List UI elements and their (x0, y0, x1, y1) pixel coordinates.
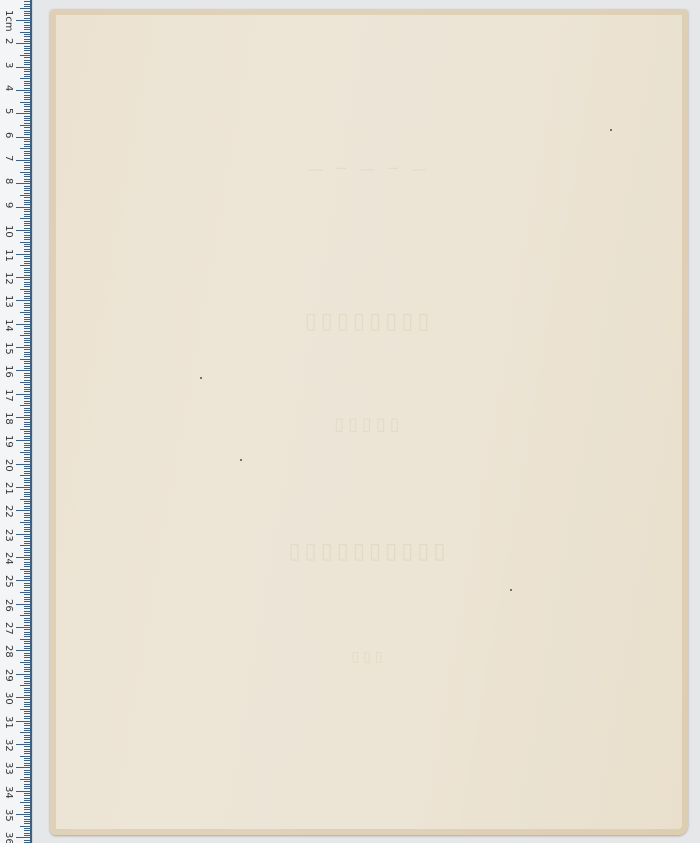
ruler-tick (24, 190, 30, 191)
ruler-tick (24, 158, 30, 159)
ruler-tick (24, 46, 30, 47)
ruler-tick (20, 359, 30, 360)
ruler-tick (24, 415, 30, 416)
ruler-label: 18 (3, 412, 14, 425)
ruler-label: 26 (3, 599, 14, 612)
paper-sheet: — ─ — ─ — ▯▯▯▯▯▯▯▯ ▯▯▯▯▯ ▯▯▯▯▯▯▯▯▯▯ ▯▯▯ (50, 9, 688, 835)
ruler-tick (24, 85, 30, 86)
ruler-tick (24, 34, 30, 35)
ruler-tick (24, 812, 30, 813)
ruler-tick (24, 555, 30, 556)
ruler-label: 2 (3, 38, 14, 44)
ruler-tick (24, 373, 30, 374)
ruler-tick (24, 197, 30, 198)
ruler-tick (20, 475, 30, 476)
ruler-tick (24, 99, 30, 100)
ruler-tick (24, 830, 30, 831)
ruler-tick (24, 368, 30, 369)
ruler-tick (24, 784, 30, 785)
ruler-tick (20, 125, 30, 126)
ruler-tick (16, 347, 30, 348)
ruler-tick (24, 566, 30, 567)
ruler-tick (24, 611, 30, 612)
ruler-tick (24, 11, 30, 12)
ruler-tick (24, 53, 30, 54)
ruler-tick (24, 426, 30, 427)
ruler-label: 9 (3, 202, 14, 208)
ruler-tick (24, 41, 30, 42)
ruler-tick (24, 618, 30, 619)
ruler-tick (16, 277, 30, 278)
ruler-tick (20, 148, 30, 149)
ruler-tick (24, 461, 30, 462)
ruler-tick (24, 50, 30, 51)
ruler-tick (24, 538, 30, 539)
ruler-tick (24, 718, 30, 719)
ruler-tick (24, 664, 30, 665)
ruler-tick (24, 284, 30, 285)
ruler-tick (24, 377, 30, 378)
ruler-tick (24, 314, 30, 315)
ruler-tick (24, 629, 30, 630)
ruler-tick (16, 767, 30, 768)
ruler-tick (24, 704, 30, 705)
ruler-tick (24, 181, 30, 182)
ruler-tick (24, 176, 30, 177)
ruler-tick (24, 419, 30, 420)
ruler-tick (24, 786, 30, 787)
ruler-tick (24, 228, 30, 229)
ruler-tick (16, 20, 30, 21)
ruler-label: 33 (3, 762, 14, 775)
ruler-tick (24, 340, 30, 341)
ruler-tick (24, 162, 30, 163)
ruler-tick (24, 57, 30, 58)
ruler-tick (24, 648, 30, 649)
ruler-tick (24, 209, 30, 210)
ruler-label: 1cm (3, 10, 14, 32)
ruler-tick (24, 805, 30, 806)
ruler-tick (24, 279, 30, 280)
ruler-tick (24, 515, 30, 516)
ruler-tick (20, 452, 30, 453)
ruler-label: 10 (3, 225, 14, 238)
ruler-tick (24, 643, 30, 644)
ruler-tick (16, 417, 30, 418)
ruler-label: 16 (3, 365, 14, 378)
ruler-tick (24, 646, 30, 647)
ruler-tick (24, 204, 30, 205)
ruler-tick (16, 160, 30, 161)
ruler-tick (24, 597, 30, 598)
ruler-tick (24, 735, 30, 736)
ruler-label: 21 (3, 482, 14, 495)
ruler-tick (24, 625, 30, 626)
ruler-tick (20, 522, 30, 523)
ruler-tick (24, 601, 30, 602)
ruler-tick (24, 774, 30, 775)
ruler-tick (24, 104, 30, 105)
ruler-tick (24, 669, 30, 670)
show-through-text: ▯▯▯▯▯ (50, 414, 688, 435)
ruler-tick (24, 622, 30, 623)
ruler-tick (20, 685, 30, 686)
ruler-tick (24, 671, 30, 672)
ruler-tick (20, 218, 30, 219)
ruler-tick (24, 319, 30, 320)
ruler-label: 34 (3, 786, 14, 799)
ruler-tick (24, 111, 30, 112)
ruler-tick (24, 25, 30, 26)
ruler-tick (24, 223, 30, 224)
ruler-tick (24, 202, 30, 203)
ruler-tick (24, 758, 30, 759)
ruler-tick (24, 688, 30, 689)
ruler-tick (24, 506, 30, 507)
ruler-tick (24, 606, 30, 607)
ruler-tick (24, 410, 30, 411)
ruler-tick (24, 564, 30, 565)
ruler-tick (16, 230, 30, 231)
ruler-tick (24, 282, 30, 283)
ruler-tick (24, 4, 30, 5)
ruler-tick (20, 662, 30, 663)
ruler-tick (24, 777, 30, 778)
ruler-tick (24, 333, 30, 334)
ruler-tick (24, 354, 30, 355)
ruler-tick (24, 141, 30, 142)
ruler-tick (20, 615, 30, 616)
ruler-tick (24, 632, 30, 633)
ruler-tick (24, 765, 30, 766)
ruler-tick (24, 466, 30, 467)
ruler-tick (24, 286, 30, 287)
ruler-tick (24, 433, 30, 434)
ruler-tick (24, 92, 30, 93)
ruler-tick (24, 678, 30, 679)
ruler-label: 28 (3, 645, 14, 658)
ruler-tick (24, 657, 30, 658)
ruler-tick (24, 524, 30, 525)
ruler-tick (24, 636, 30, 637)
ruler-tick (24, 412, 30, 413)
ruler-tick (24, 494, 30, 495)
ruler-tick (24, 543, 30, 544)
ruler-tick (20, 78, 30, 79)
ruler-tick (24, 445, 30, 446)
ruler-tick (24, 71, 30, 72)
ruler-label: 25 (3, 575, 14, 588)
ruler-tick (24, 62, 30, 63)
ruler-tick (24, 349, 30, 350)
ruler-label: 22 (3, 505, 14, 518)
ruler-tick (24, 692, 30, 693)
ruler-tick (16, 300, 30, 301)
ruler-tick (20, 639, 30, 640)
ruler-tick (24, 261, 30, 262)
ruler-tick (24, 36, 30, 37)
ruler-tick (20, 289, 30, 290)
ruler-tick (16, 650, 30, 651)
ruler-tick (16, 627, 30, 628)
ruler-tick (20, 732, 30, 733)
ruler-tick (24, 641, 30, 642)
ruler-tick (24, 193, 30, 194)
ruler-tick (24, 676, 30, 677)
ruler-label: 15 (3, 342, 14, 355)
ruler-tick (24, 237, 30, 238)
ruler-tick (24, 48, 30, 49)
ruler-label: 8 (3, 178, 14, 184)
ruler-tick (16, 674, 30, 675)
show-through-text: ▯▯▯▯▯▯▯▯ (50, 309, 688, 334)
ruler-tick (24, 153, 30, 154)
ruler-tick (24, 95, 30, 96)
ruler-tick (24, 123, 30, 124)
ruler-label: 5 (3, 108, 14, 114)
ruler-label: 24 (3, 552, 14, 565)
ruler-tick (24, 809, 30, 810)
ruler-tick (16, 67, 30, 68)
ruler-tick (24, 310, 30, 311)
ruler-tick (20, 826, 30, 827)
ruler-tick (24, 97, 30, 98)
ruler-tick (24, 763, 30, 764)
ruler-tick (24, 562, 30, 563)
ruler-edge (30, 0, 32, 843)
ruler-tick (24, 39, 30, 40)
ruler-tick (24, 781, 30, 782)
ruler-tick (24, 214, 30, 215)
ruler-tick (24, 27, 30, 28)
ruler-tick (24, 751, 30, 752)
ruler-tick (16, 90, 30, 91)
ruler-label: 20 (3, 459, 14, 472)
ruler-tick (20, 32, 30, 33)
ruler-tick (24, 74, 30, 75)
ruler-tick (24, 730, 30, 731)
ruler-tick (24, 169, 30, 170)
ruler-tick (24, 478, 30, 479)
ruler-tick (24, 800, 30, 801)
ruler-tick (24, 760, 30, 761)
ruler-tick (24, 120, 30, 121)
ruler-tick (24, 571, 30, 572)
ruler-tick (24, 144, 30, 145)
ruler-tick (24, 272, 30, 273)
ruler-tick (16, 580, 30, 581)
ruler-tick (24, 798, 30, 799)
ruler-tick (24, 151, 30, 152)
ruler-tick (24, 531, 30, 532)
ruler-tick (24, 431, 30, 432)
ruler-label: 36 (3, 832, 14, 843)
ruler-tick (24, 263, 30, 264)
ruler-tick (20, 55, 30, 56)
ruler-tick (24, 699, 30, 700)
ruler-tick (24, 573, 30, 574)
ruler-tick (24, 64, 30, 65)
ruler-tick (24, 576, 30, 577)
ruler-tick (24, 541, 30, 542)
ruler-tick (24, 536, 30, 537)
ruler-tick (24, 361, 30, 362)
ruler-tick (20, 756, 30, 757)
ruler-label: 32 (3, 739, 14, 752)
ruler-tick (24, 473, 30, 474)
ruler-tick (24, 819, 30, 820)
ruler-tick (16, 604, 30, 605)
ruler-label: 27 (3, 622, 14, 635)
ruler-tick (20, 592, 30, 593)
ruler-tick (20, 172, 30, 173)
ruler-tick (24, 291, 30, 292)
ruler-tick (24, 821, 30, 822)
ruler-tick (20, 779, 30, 780)
ruler-tick (24, 326, 30, 327)
ruler-tick (24, 256, 30, 257)
ruler-label: 30 (3, 692, 14, 705)
ruler-tick (24, 408, 30, 409)
speck (610, 129, 612, 131)
ruler-tick (24, 695, 30, 696)
ruler-tick (24, 81, 30, 82)
ruler-tick (24, 239, 30, 240)
ruler-label: 4 (3, 85, 14, 91)
ruler-tick (24, 391, 30, 392)
ruler-tick (24, 246, 30, 247)
ruler-tick (24, 6, 30, 7)
ruler-label: 35 (3, 809, 14, 822)
measuring-ruler: 1cm2345678910111213141516171819202122232… (0, 0, 33, 843)
ruler-tick (16, 183, 30, 184)
ruler-tick (24, 716, 30, 717)
show-through-text: ▯▯▯ (50, 649, 688, 665)
ruler-tick (24, 828, 30, 829)
ruler-tick (24, 702, 30, 703)
ruler-tick (16, 113, 30, 114)
ruler-tick (24, 384, 30, 385)
ruler-tick (24, 345, 30, 346)
ruler-tick (20, 429, 30, 430)
ruler-tick (24, 772, 30, 773)
ruler-tick (24, 585, 30, 586)
ruler-tick (24, 296, 30, 297)
ruler-tick (24, 22, 30, 23)
ruler-tick (24, 366, 30, 367)
ruler-tick (24, 501, 30, 502)
ruler-tick (24, 447, 30, 448)
ruler-tick (24, 139, 30, 140)
ruler-label: 17 (3, 389, 14, 402)
ruler-tick (24, 298, 30, 299)
ruler-tick (24, 130, 30, 131)
ruler-tick (24, 328, 30, 329)
ruler-tick (20, 802, 30, 803)
ruler-tick (16, 324, 30, 325)
ruler-tick (24, 134, 30, 135)
ruler-tick (24, 424, 30, 425)
ruler-tick (24, 398, 30, 399)
ruler-tick (24, 711, 30, 712)
ruler-tick (24, 613, 30, 614)
ruler-tick (24, 471, 30, 472)
ruler-tick (20, 265, 30, 266)
ruler-tick (24, 438, 30, 439)
ruler-tick (24, 550, 30, 551)
ruler-tick (24, 746, 30, 747)
ruler-tick (16, 137, 30, 138)
show-through-text: ▯▯▯▯▯▯▯▯▯▯ (50, 539, 688, 564)
ruler-label: 23 (3, 529, 14, 542)
ruler-tick (24, 403, 30, 404)
ruler-tick (24, 232, 30, 233)
ruler-tick (24, 634, 30, 635)
ruler-tick (24, 655, 30, 656)
ruler-tick (24, 548, 30, 549)
ruler-label: 14 (3, 319, 14, 332)
ruler-tick (24, 83, 30, 84)
ruler-tick (24, 749, 30, 750)
ruler-tick (24, 706, 30, 707)
ruler-tick (24, 387, 30, 388)
ruler-tick (24, 167, 30, 168)
ruler-tick (24, 496, 30, 497)
ruler-tick (24, 513, 30, 514)
ruler-tick (24, 459, 30, 460)
speck (240, 459, 242, 461)
ruler-tick (24, 559, 30, 560)
ruler-tick (20, 545, 30, 546)
ruler-tick (24, 317, 30, 318)
ruler-tick (16, 394, 30, 395)
ruler-tick (24, 155, 30, 156)
ruler-tick (24, 436, 30, 437)
ruler-tick (24, 305, 30, 306)
ruler-tick (24, 221, 30, 222)
ruler-tick (24, 788, 30, 789)
ruler-tick (24, 681, 30, 682)
ruler-tick (20, 312, 30, 313)
ruler-tick (24, 389, 30, 390)
ruler-tick (24, 401, 30, 402)
ruler-tick (24, 109, 30, 110)
ruler-tick (24, 454, 30, 455)
ruler-tick (24, 620, 30, 621)
ruler-tick (24, 380, 30, 381)
ruler-tick (24, 375, 30, 376)
ruler-tick (24, 492, 30, 493)
ruler-tick (20, 242, 30, 243)
ruler-tick (24, 480, 30, 481)
ruler-tick (24, 723, 30, 724)
ruler-tick (24, 807, 30, 808)
ruler-tick (24, 186, 30, 187)
ruler-tick (16, 464, 30, 465)
ruler-tick (24, 590, 30, 591)
ruler-tick (16, 557, 30, 558)
ruler-tick (24, 211, 30, 212)
ruler-tick (24, 106, 30, 107)
ruler-tick (24, 457, 30, 458)
ruler-tick (24, 76, 30, 77)
ruler-tick (24, 742, 30, 743)
ruler-label: 11 (3, 249, 14, 262)
ruler-tick (24, 396, 30, 397)
ruler-tick (20, 709, 30, 710)
ruler-label: 12 (3, 272, 14, 285)
ruler-tick (24, 352, 30, 353)
